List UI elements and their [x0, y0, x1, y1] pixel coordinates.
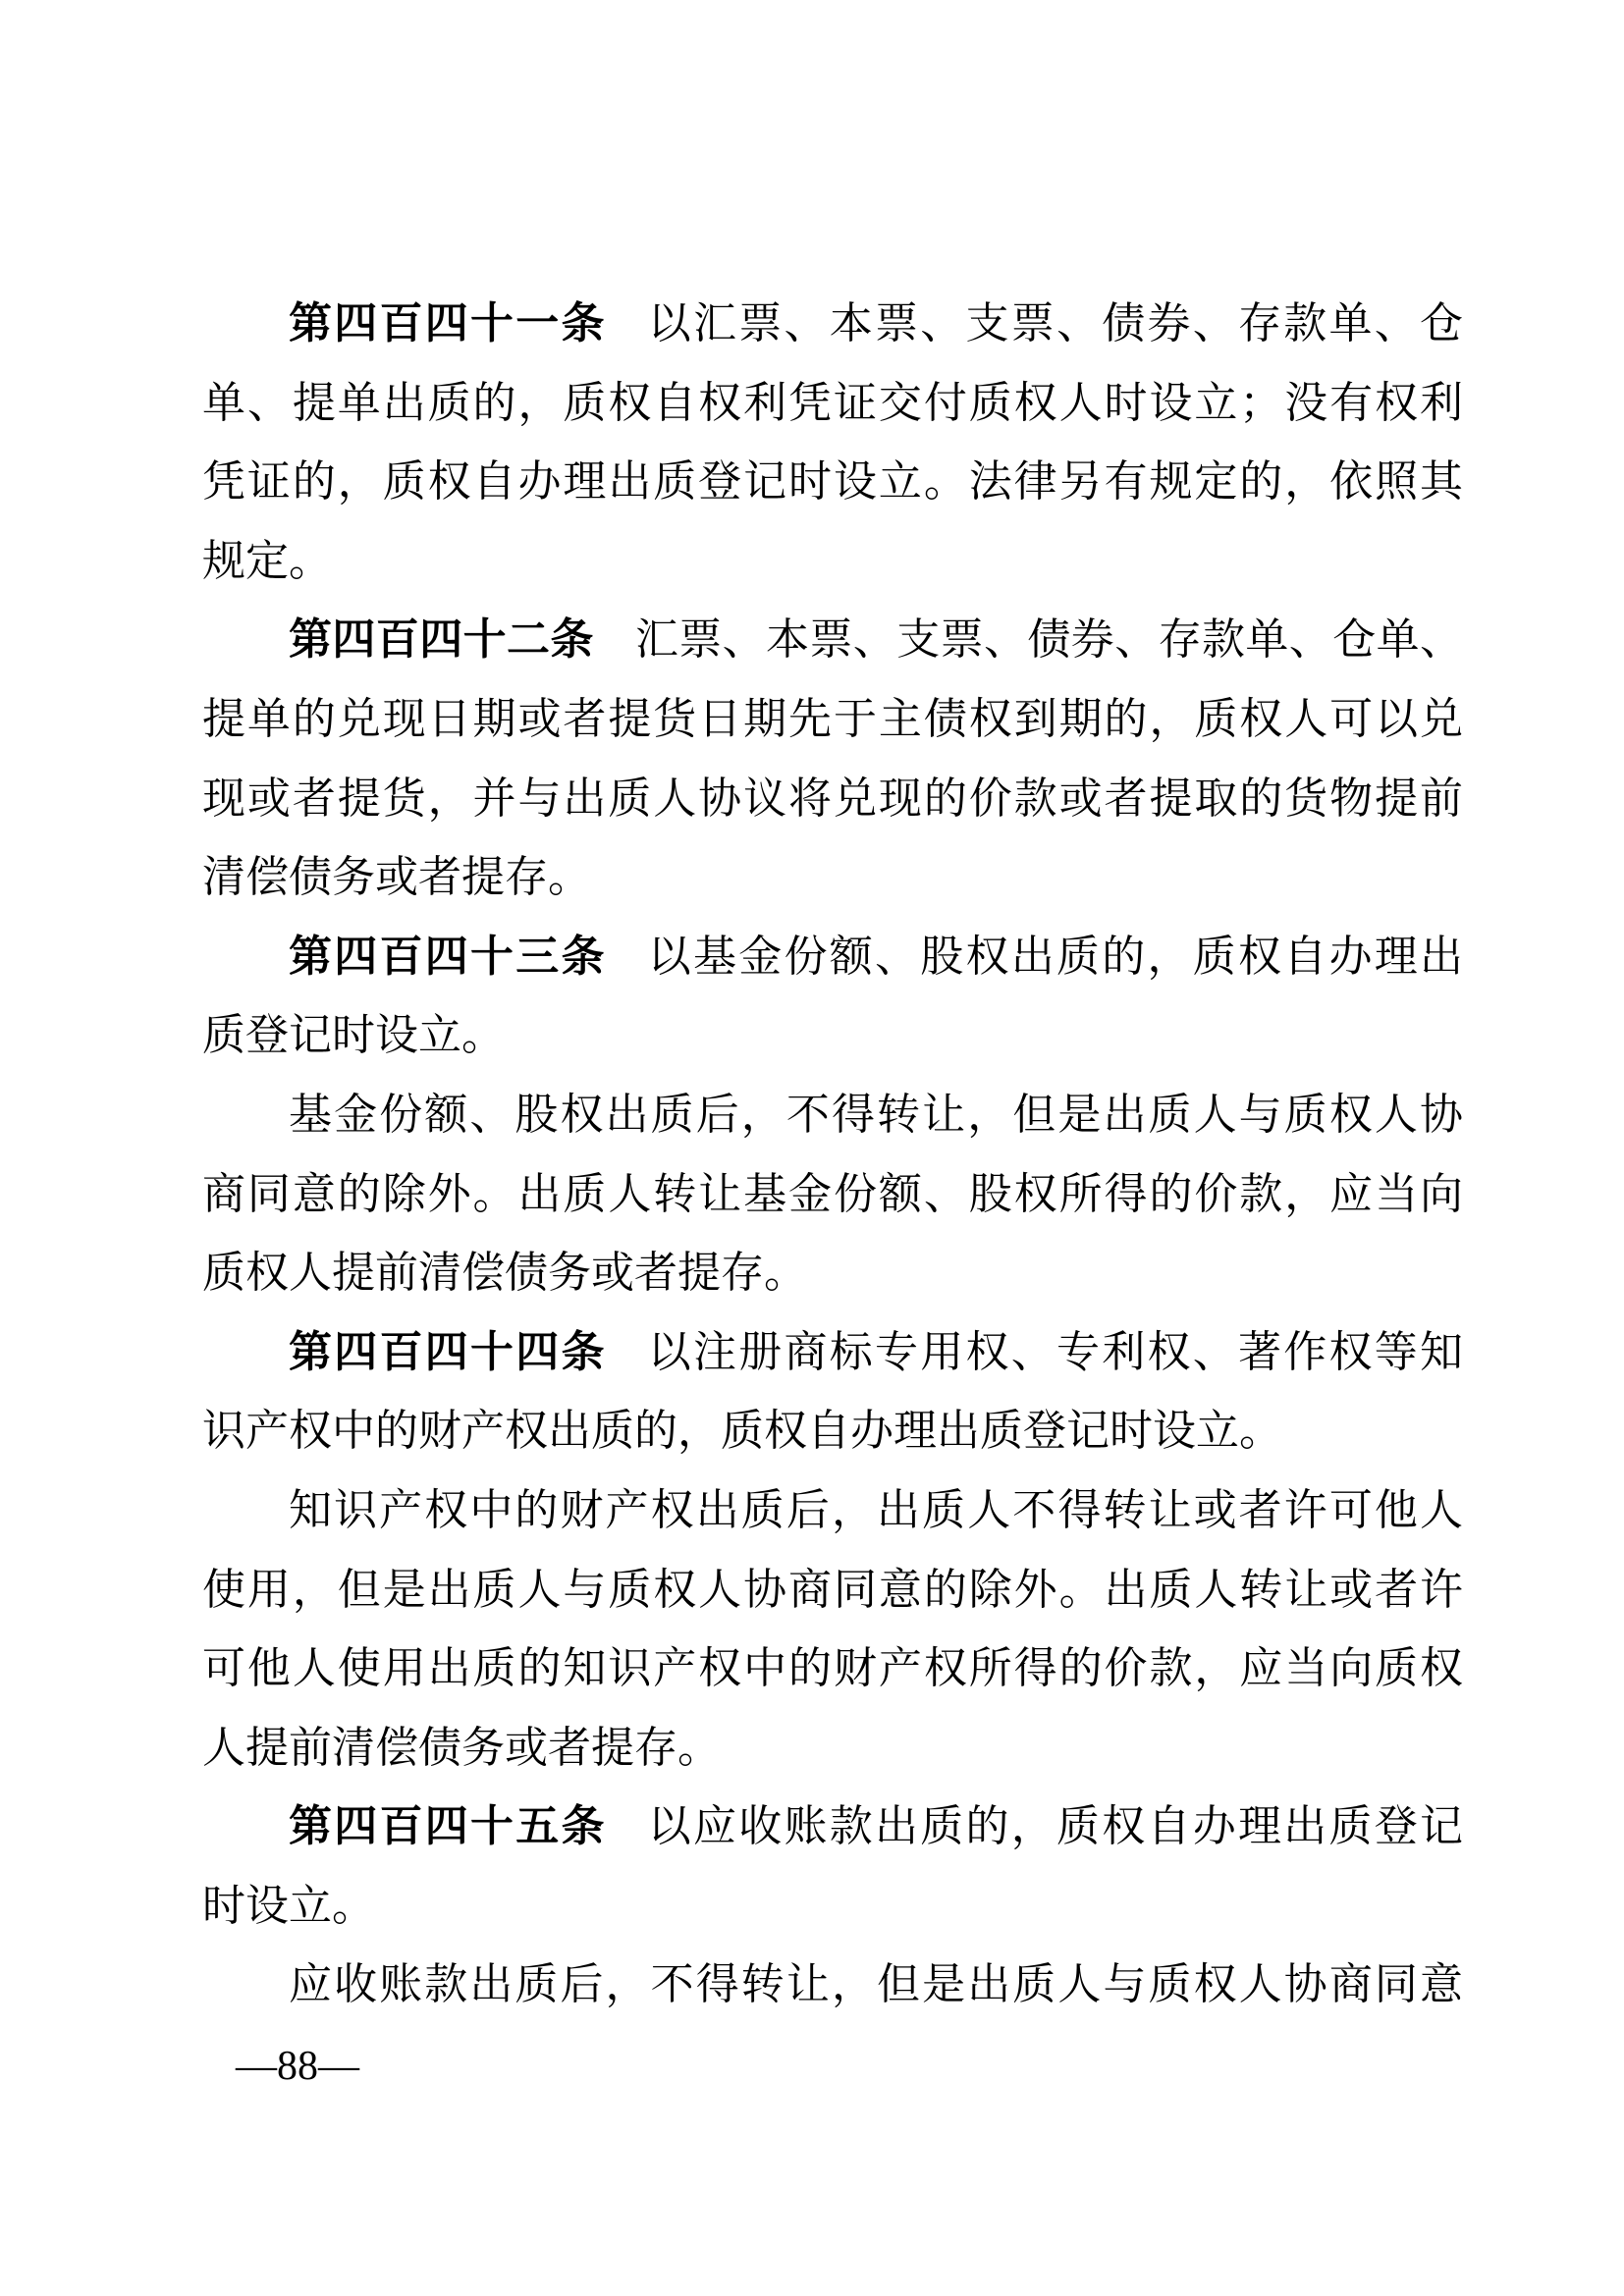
text-line: 清偿债务或者提存。 — [202, 838, 1463, 918]
article-number: 第四百四十四条 — [289, 1328, 607, 1376]
text-line: 应收账款出质后，不得转让，但是出质人与质权人协商同意 — [202, 1946, 1463, 2025]
line-text: 现或者提货，并与出质人协议将兑现的价款或者提取的货物提前 — [202, 774, 1463, 823]
text-line: 人提前清偿债务或者提存。 — [202, 1709, 1463, 1789]
text-line: 第四百四十三条以基金份额、股权出质的，质权自办理出 — [202, 918, 1463, 997]
text-line: 凭证的，质权自办理出质登记时设立。法律另有规定的，依照其 — [202, 443, 1463, 522]
text-line: 第四百四十五条以应收账款出质的，质权自办理出质登记 — [202, 1788, 1463, 1867]
line-text: 知识产权中的财产权出质后，出质人不得转让或者许可他人 — [289, 1486, 1463, 1534]
page-number: —88— — [236, 2044, 359, 2089]
text-line: 第四百四十四条以注册商标专用权、专利权、著作权等知 — [202, 1313, 1463, 1393]
text-line: 识产权中的财产权出质的，质权自办理出质登记时设立。 — [202, 1392, 1463, 1471]
line-text: 人提前清偿债务或者提存。 — [202, 1724, 721, 1772]
article-number: 第四百四十二条 — [289, 615, 594, 664]
line-text: 应收账款出质后，不得转让，但是出质人与质权人协商同意 — [289, 1960, 1463, 2008]
line-text: 可他人使用出质的知识产权中的财产权所得的价款，应当向质权 — [202, 1644, 1463, 1692]
text-line: 现或者提货，并与出质人协议将兑现的价款或者提取的货物提前 — [202, 760, 1463, 839]
line-text: 规定。 — [202, 537, 332, 585]
document-page: 第四百四十一条以汇票、本票、支票、债券、存款单、仓单、提单出质的，质权自权利凭证… — [0, 0, 1624, 2296]
line-text: 时设立。 — [202, 1882, 375, 1930]
text-line: 质登记时设立。 — [202, 996, 1463, 1076]
line-text: 凭证的，质权自办理出质登记时设立。法律另有规定的，依照其 — [202, 457, 1463, 506]
article-number: 第四百四十五条 — [289, 1802, 607, 1850]
line-text: 质权人提前清偿债务或者提存。 — [202, 1249, 807, 1297]
article-number: 第四百四十一条 — [289, 299, 607, 347]
line-text: 使用，但是出质人与质权人协商同意的除外。出质人转让或者许 — [202, 1566, 1463, 1614]
line-text: 提单的兑现日期或者提货日期先于主债权到期的，质权人可以兑 — [202, 695, 1463, 743]
line-text: 单、提单出质的，质权自权利凭证交付质权人时设立；没有权利 — [202, 379, 1463, 427]
text-line: 可他人使用出质的知识产权中的财产权所得的价款，应当向质权 — [202, 1629, 1463, 1709]
line-text: 以汇票、本票、支票、债券、存款单、仓 — [648, 299, 1463, 347]
text-line: 时设立。 — [202, 1867, 1463, 1947]
text-line: 商同意的除外。出质人转让基金份额、股权所得的价款，应当向 — [202, 1155, 1463, 1235]
text-line: 提单的兑现日期或者提货日期先于主债权到期的，质权人可以兑 — [202, 680, 1463, 760]
line-text: 识产权中的财产权出质的，质权自办理出质登记时设立。 — [202, 1407, 1282, 1455]
line-text: 基金份额、股权出质后，不得转让，但是出质人与质权人协 — [289, 1091, 1463, 1139]
text-line: 规定。 — [202, 522, 1463, 602]
line-text: 以应收账款出质的，质权自办理出质登记 — [648, 1802, 1463, 1850]
text-block: 第四百四十一条以汇票、本票、支票、债券、存款单、仓单、提单出质的，质权自权利凭证… — [202, 285, 1463, 2025]
line-text: 以注册商标专用权、专利权、著作权等知 — [648, 1328, 1463, 1376]
line-text: 汇票、本票、支票、债券、存款单、仓单、 — [635, 615, 1463, 664]
article-number: 第四百四十三条 — [289, 933, 607, 981]
text-line: 使用，但是出质人与质权人协商同意的除外。出质人转让或者许 — [202, 1551, 1463, 1630]
line-text: 以基金份额、股权出质的，质权自办理出 — [648, 933, 1463, 981]
line-text: 商同意的除外。出质人转让基金份额、股权所得的价款，应当向 — [202, 1170, 1463, 1218]
text-line: 单、提单出质的，质权自权利凭证交付质权人时设立；没有权利 — [202, 364, 1463, 444]
line-text: 质登记时设立。 — [202, 1011, 505, 1059]
text-line: 第四百四十二条汇票、本票、支票、债券、存款单、仓单、 — [202, 601, 1463, 680]
text-line: 知识产权中的财产权出质后，出质人不得转让或者许可他人 — [202, 1471, 1463, 1551]
text-line: 第四百四十一条以汇票、本票、支票、债券、存款单、仓 — [202, 285, 1463, 364]
line-text: 清偿债务或者提存。 — [202, 853, 591, 901]
text-line: 基金份额、股权出质后，不得转让，但是出质人与质权人协 — [202, 1076, 1463, 1155]
text-line: 质权人提前清偿债务或者提存。 — [202, 1234, 1463, 1313]
